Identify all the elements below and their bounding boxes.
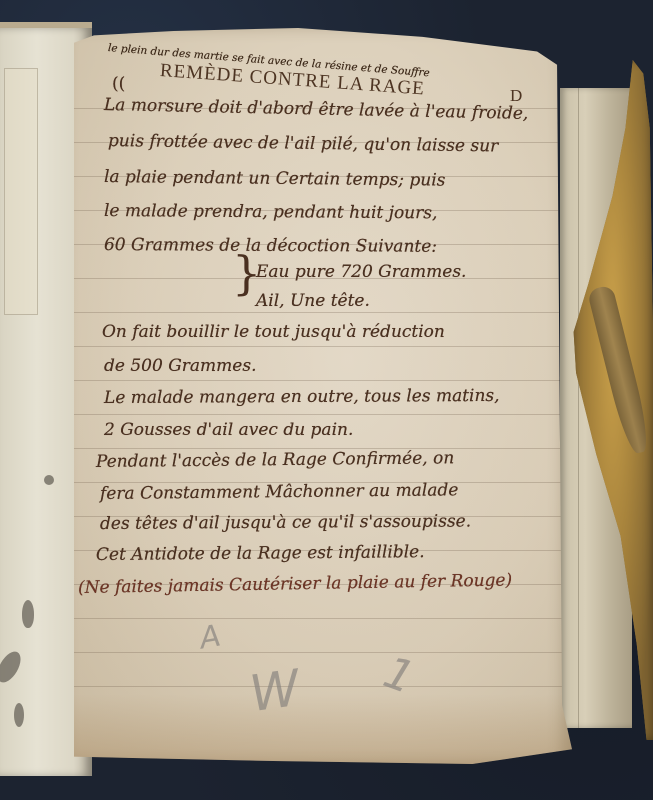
ink-stain [14, 703, 24, 727]
text-line-9: 2 Gousses d'ail avec du pain. [104, 420, 353, 440]
ruled-line [74, 686, 566, 687]
ingredient-garlic: Ail, Une tête. [256, 291, 370, 311]
ink-stain [0, 648, 25, 686]
text-line-11: fera Constamment Mâchonner au malade [100, 480, 459, 504]
ruled-line [74, 346, 566, 347]
text-line-4: le malade prendra, pendant huit jours, [104, 201, 438, 223]
ruled-line [74, 414, 566, 415]
pencil-mark: W [246, 659, 303, 723]
text-line-13: Cet Antidote de la Rage est infaillible. [96, 542, 425, 565]
text-line-8: Le malade mangera en outre, tous les mat… [104, 386, 500, 408]
text-line-3: la plaie pendant un Certain temps; puis [104, 167, 446, 191]
ruled-line [74, 312, 566, 313]
text-line-12: des têtes d'ail jusqu'à ce qu'il s'assou… [100, 511, 471, 534]
text-line-6: On fait bouillir le tout jusqu'à réducti… [102, 322, 445, 342]
ruled-line [74, 652, 566, 653]
text-line-7: de 500 Grammes. [104, 356, 256, 376]
text-line-5: 60 Grammes de la décoction Suivante: [104, 235, 437, 257]
manuscript-photo: le plein dur des martie se fait avec de … [0, 0, 653, 800]
water-stain [74, 694, 572, 764]
ink-stain [44, 475, 54, 485]
ink-stain [22, 600, 34, 628]
page-fold [578, 88, 579, 728]
ruled-line [74, 618, 566, 619]
ruled-line [74, 380, 566, 381]
pasted-panel [4, 68, 38, 315]
text-line-10: Pendant l'accès de la Rage Confirmée, on [96, 448, 454, 472]
ingredient-water: Eau pure 720 Grammes. [256, 262, 466, 282]
title-left-mark: (( [112, 74, 125, 94]
